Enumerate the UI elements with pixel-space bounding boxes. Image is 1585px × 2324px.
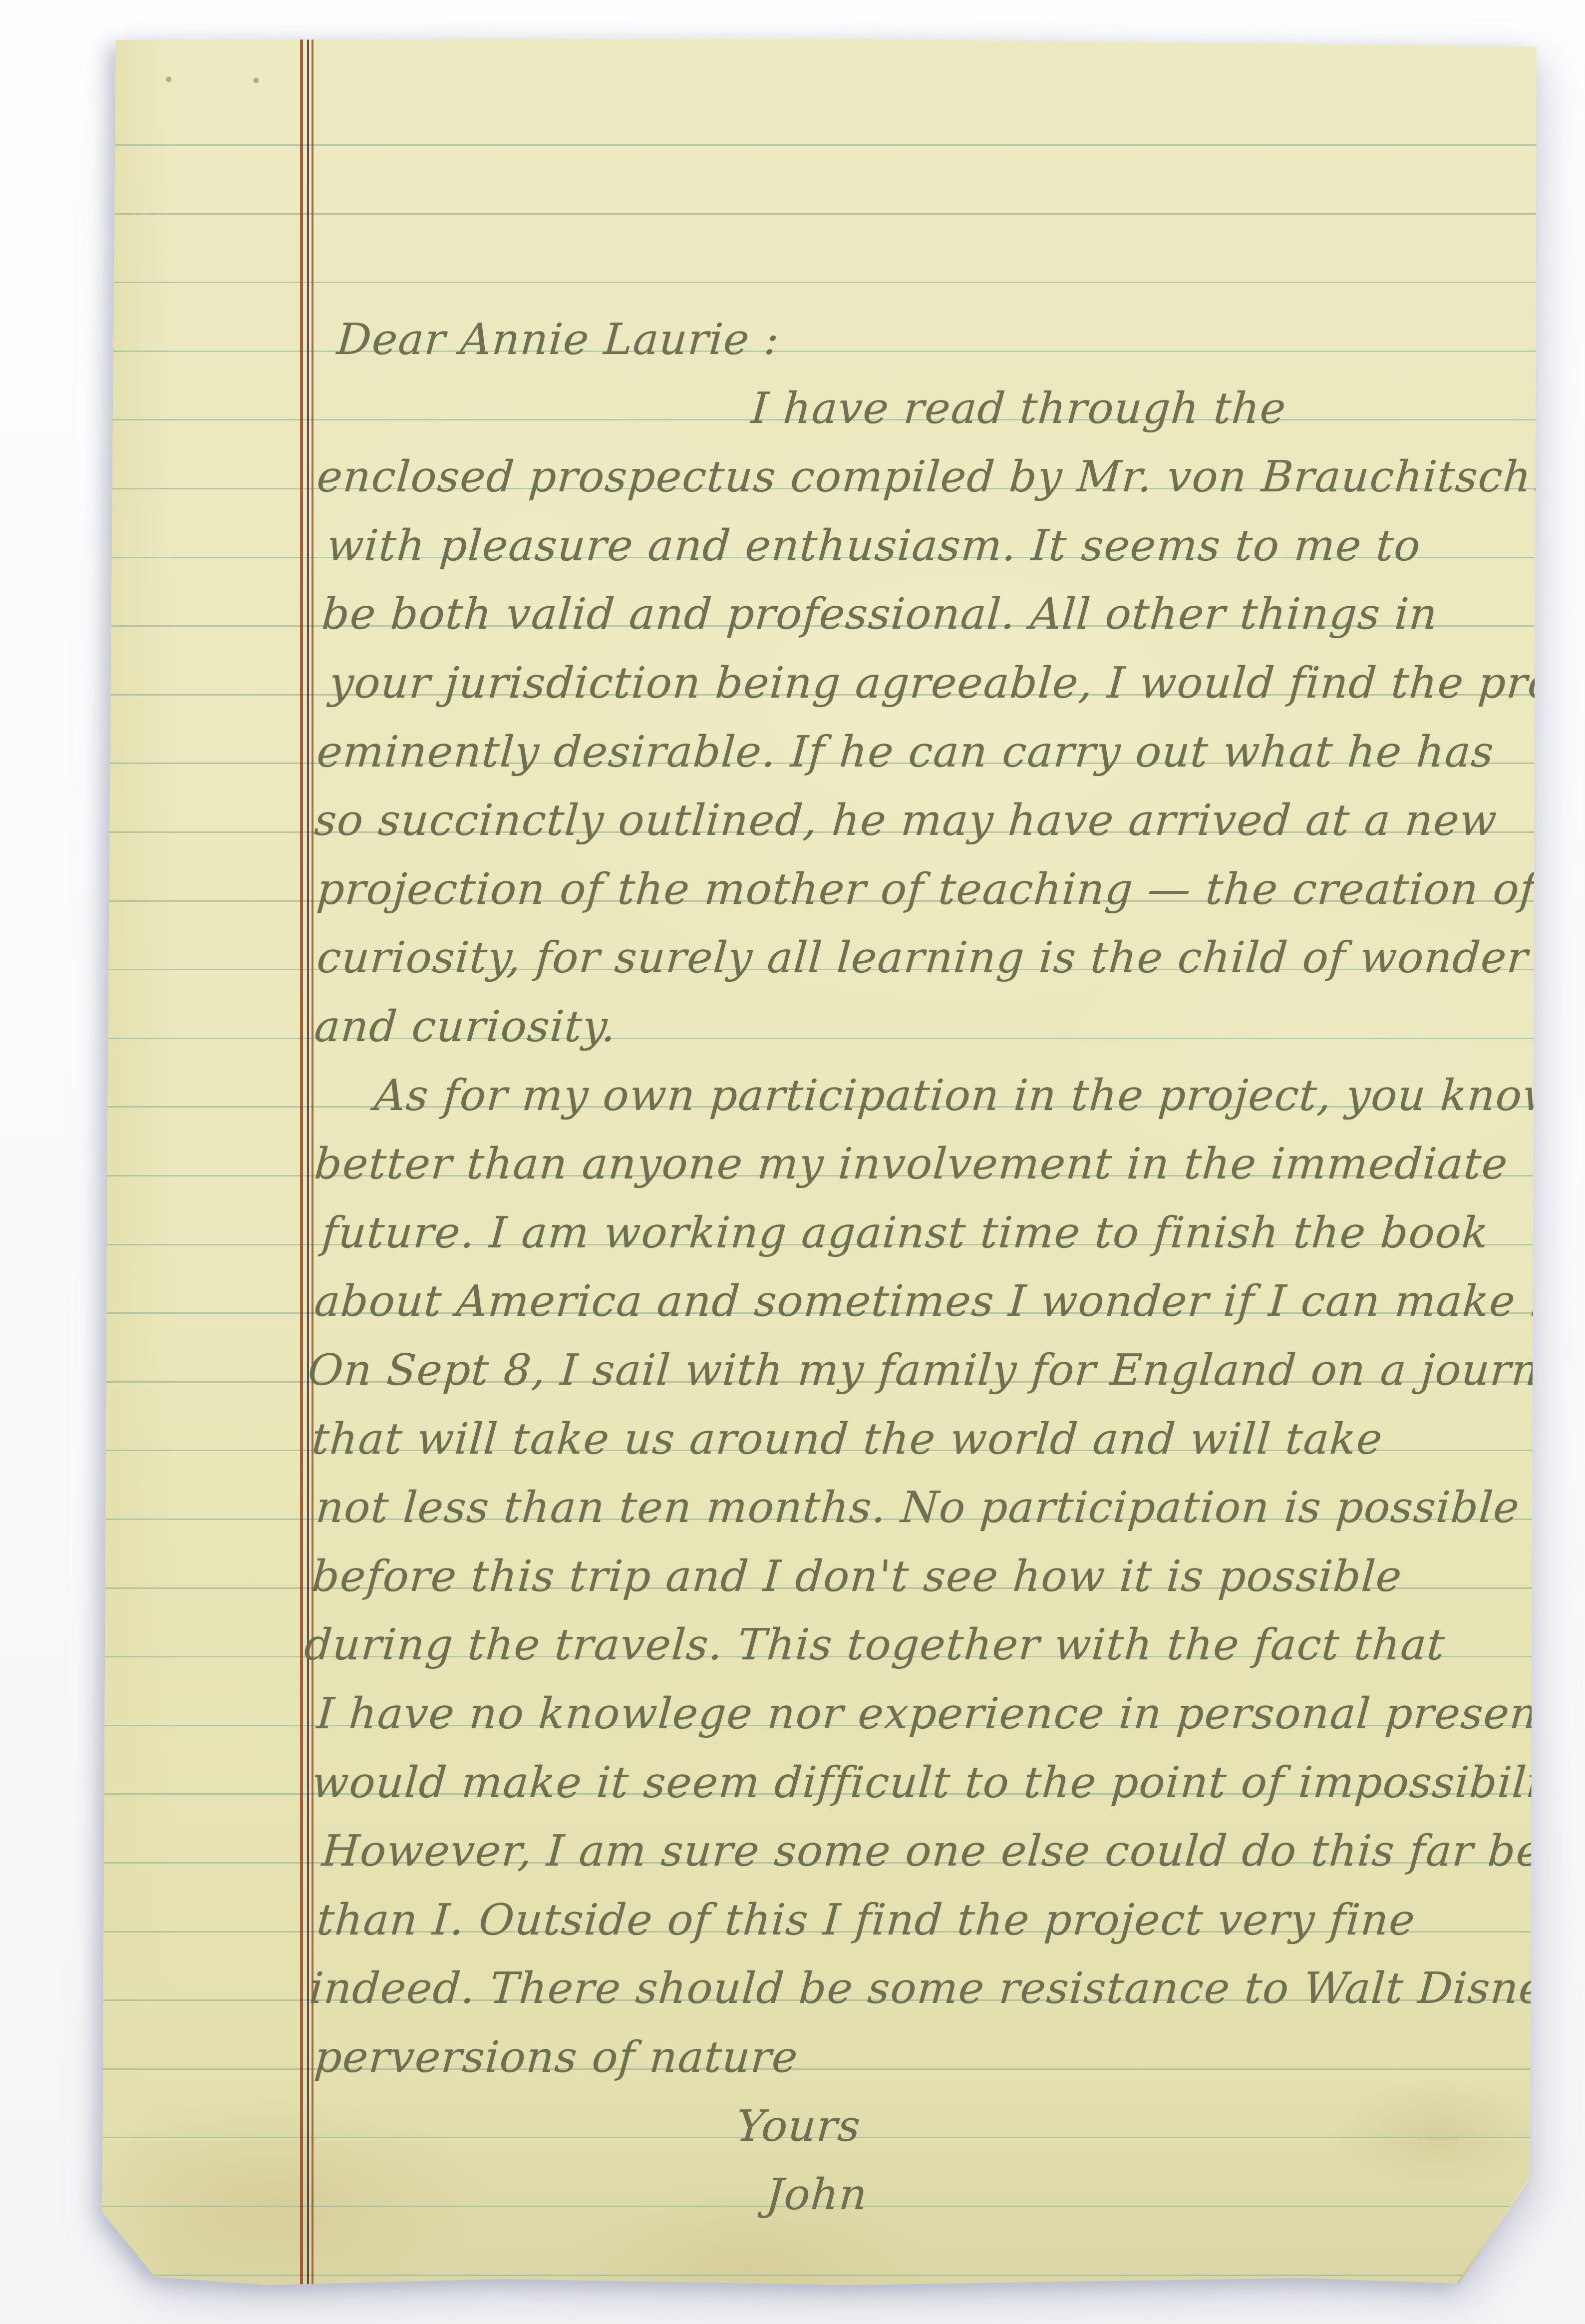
letter-line: than I. Outside of this I find the proje…	[316, 1895, 1417, 1945]
letter-line: and curiosity.	[313, 1002, 619, 1052]
signature: John	[765, 2170, 870, 2220]
letter-line: during the travels. This together with t…	[303, 1620, 1447, 1670]
photo-background: Dear Annie Laurie : I have read through …	[0, 0, 1585, 2324]
letter-line: I have no knowlege nor experience in per…	[316, 1689, 1585, 1739]
letter-line: better than anyone my involvement in the…	[313, 1139, 1510, 1189]
letter-line: curiosity, for surely all learning is th…	[316, 933, 1530, 983]
letter-line: would make it seem difficult to the poin…	[311, 1758, 1585, 1808]
margin-line-red-inner	[312, 39, 314, 2292]
paper-shadow-wrap: Dear Annie Laurie : I have read through …	[0, 0, 1585, 2324]
paper: Dear Annie Laurie : I have read through …	[102, 39, 1538, 2292]
closing-valediction: Yours	[735, 2101, 863, 2151]
pinhole-right	[254, 78, 259, 83]
letter-line: enclosed prospectus compiled by Mr. von …	[316, 452, 1548, 502]
letter-line: be both valid and professional. All othe…	[320, 589, 1440, 639]
letter-line: eminently desirable. If he can carry out…	[316, 727, 1496, 777]
pinhole-left	[166, 77, 171, 82]
letter-line: with pleasure and enthusiasm. It seems t…	[325, 521, 1423, 571]
letter-line: future. I am working against time to fin…	[320, 1208, 1491, 1258]
letter-line: perversions of nature	[313, 2032, 800, 2082]
salutation: Dear Annie Laurie :	[335, 315, 781, 365]
margin-line-dark	[307, 39, 309, 2292]
margin-line-red-outer	[300, 39, 303, 2292]
letter-line: your jurisdiction being agreeable, I wou…	[328, 658, 1585, 708]
letter-line: However, I am sure some one else could d…	[320, 1826, 1585, 1876]
letter-line: On Sept 8, I sail with my family for Eng…	[307, 1345, 1585, 1395]
letter-line: so succinctly outlined, he may have arri…	[313, 795, 1499, 845]
letter-line: that will take us around the world and w…	[311, 1414, 1385, 1464]
letter-line: about America and sometimes I wonder if …	[313, 1276, 1579, 1326]
letter-line: I have read through the	[750, 384, 1288, 433]
letter-line: not less than ten months. No participati…	[315, 1483, 1522, 1533]
letter-line: As for my own participation in the proje…	[373, 1071, 1562, 1121]
letter-line: indeed. There should be some resistance …	[308, 1963, 1585, 2013]
letter-line: before this trip and I don't see how it …	[311, 1551, 1404, 1601]
letter-line: projection of the mother of teaching — t…	[316, 864, 1539, 914]
